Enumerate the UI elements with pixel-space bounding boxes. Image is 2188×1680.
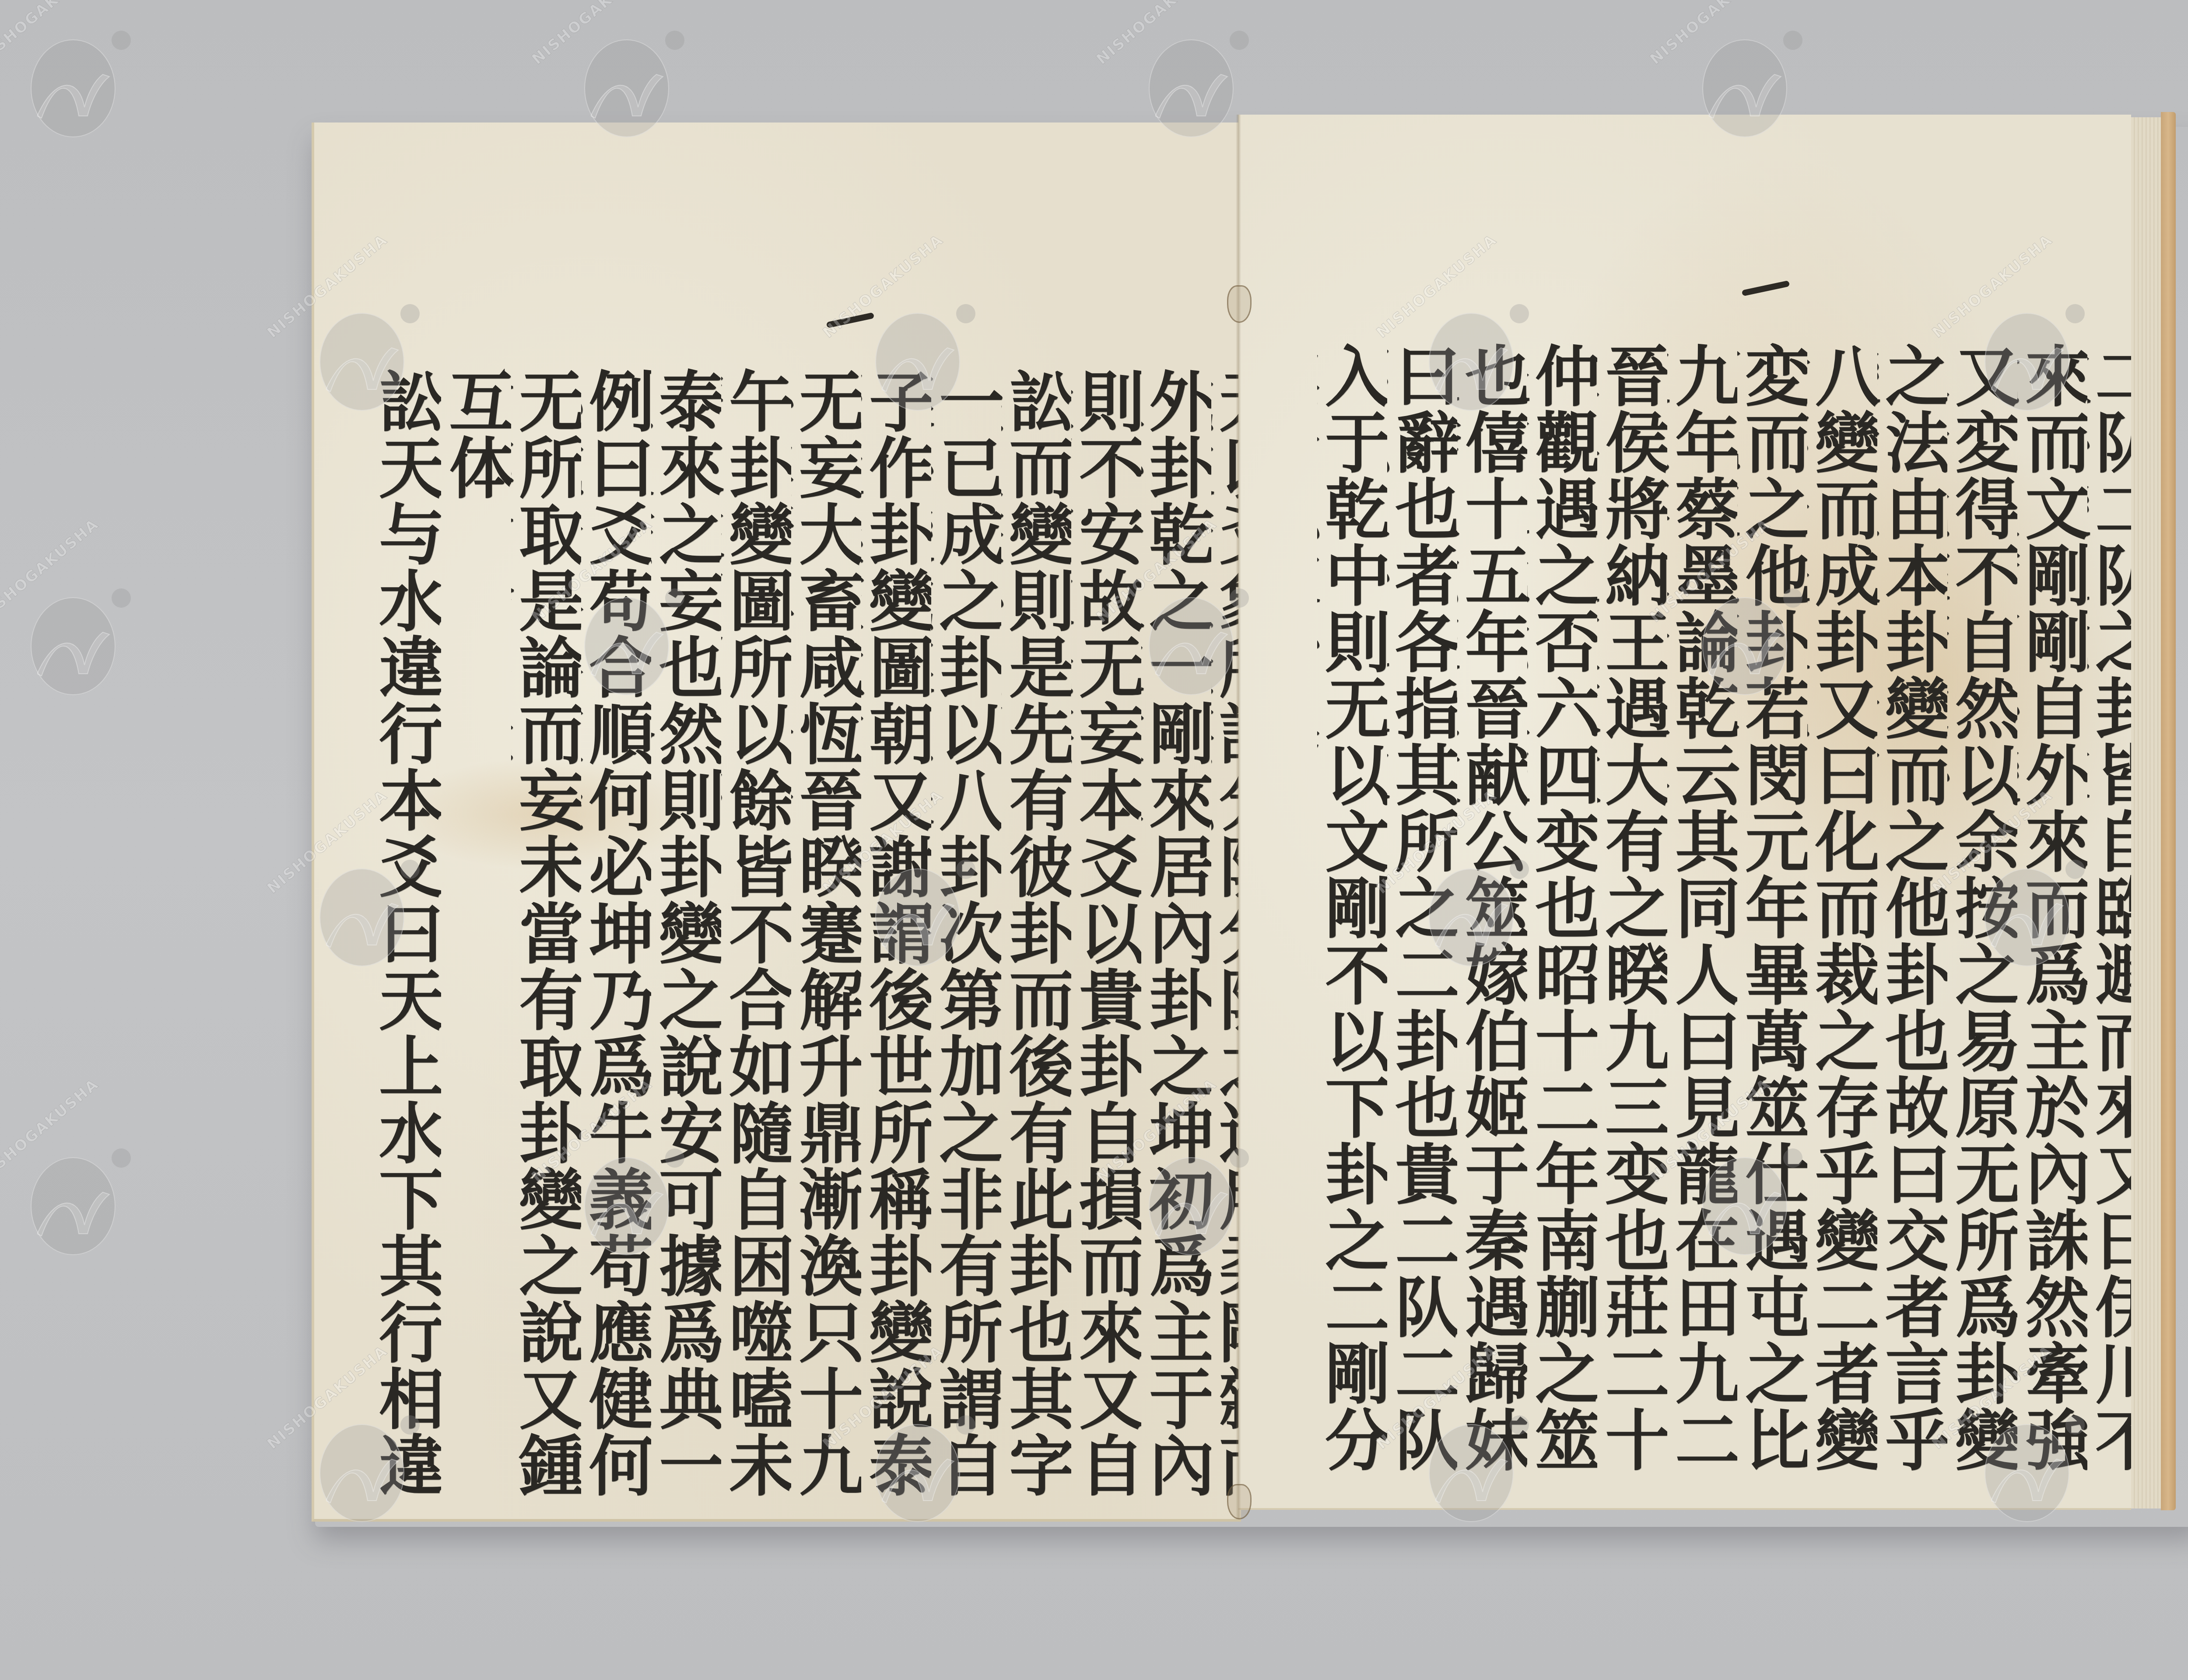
book-gutter — [1236, 115, 1241, 1519]
watermark-logo: NISHOGAKUSHA — [7, 1124, 138, 1256]
text-column: 変而之他卦若閔元年畢萬筮仕遇屯之比初九变也昭二十 — [1737, 342, 1807, 1523]
text-column: 來而文剛剛自外來而爲主於內誅然牽強說了王輔嗣卦變 — [2017, 342, 2087, 1523]
watermark-text: NISHOGAKUSHA — [0, 1075, 102, 1186]
text-column: 无妄大畜咸恆晉睽蹇解升鼎漸渙只十九卦其所稱自訟晉 — [791, 367, 861, 1549]
text-column: 也僖十五年晉献公筮嫁伯姬于秦遇歸妹之睽上六变也故 — [1457, 342, 1527, 1523]
watermark-n-logo-icon — [37, 1190, 112, 1238]
binding-thread-bottom — [1227, 1484, 1252, 1519]
text-column: 仲觀遇之否六四变也昭十二年南蒯之筮遇坤之比六五变 — [1527, 342, 1597, 1523]
open-book: 无以爻象所謂分队分队之逆用柔剛雜而成交安也无妄以 外卦乾之一剛來居內卦之坤初爲主… — [312, 115, 2188, 1519]
watermark-n-logo-icon — [1709, 72, 1783, 120]
text-column: 例曰爻苟合順何必坤乃爲牛義苟應健何必乾乃爲馬室戔 — [581, 367, 651, 1549]
binding-thread-top — [1227, 285, 1252, 323]
watermark-circle-icon — [31, 1157, 116, 1255]
text-column: 外卦乾之一剛來居內卦之坤初爲主于內三卦一队來微二 — [1141, 367, 1211, 1549]
section-heading: 互体 — [441, 367, 511, 761]
text-column: 則不安故无妄本爻以貴卦自損而來又自陸淵而來无妄自 — [1071, 367, 1141, 1549]
watermark-dot-icon — [665, 31, 684, 50]
text-column: 一已成之卦以八卦次第加之非有所謂自某卦變成某也朱 — [931, 367, 1001, 1549]
ink-mark — [826, 312, 875, 329]
left-page: 无以爻象所謂分队分队之逆用柔剛雜而成交安也无妄以 外卦乾之一剛來居內卦之坤初爲主… — [312, 122, 1241, 1522]
left-page-text: 无以爻象所謂分队分队之逆用柔剛雜而成交安也无妄以 外卦乾之一剛來居內卦之坤初爲主… — [371, 367, 1281, 1549]
watermark-dot-icon — [112, 1148, 131, 1168]
watermark-dot-icon — [112, 588, 131, 608]
watermark-text: NISHOGAKUSHA — [0, 515, 102, 626]
watermark-text: NISHOGAKUSHA — [1093, 0, 1220, 68]
right-page-text: 二队二队之卦皆自臨遯而來又曰伊川不取卦變之說自家 來而文剛剛自外來而爲主於內誅然… — [1317, 342, 2157, 1523]
watermark-text: NISHOGAKUSHA — [0, 0, 102, 68]
cover-edge — [2161, 112, 2176, 1510]
watermark-n-logo-icon — [1155, 72, 1230, 120]
ink-mark — [1742, 280, 1790, 297]
text-column: 八變而成卦又曰化而裁之存乎變二者變動不居是人觀 — [1807, 342, 1877, 1523]
page-edges — [2131, 117, 2162, 1508]
watermark-dot-icon — [112, 31, 131, 50]
watermark-dot-icon — [1783, 31, 1802, 50]
watermark-circle-icon — [31, 597, 116, 695]
text-column: 曰辭也者各指其所之二卦也貴二队二队不以上卦之象來 — [1387, 342, 1457, 1523]
watermark-n-logo-icon — [37, 630, 112, 678]
watermark-logo: NISHOGAKUSHA — [7, 7, 138, 138]
book-photo-viewer: 无以爻象所謂分队分队之逆用柔剛雜而成交安也无妄以 外卦乾之一剛來居內卦之坤初爲主… — [0, 0, 2188, 1680]
text-column: 晉侯將納王遇大有之睽九三变也莊二十二年周史筮陳敬 — [1597, 342, 1667, 1523]
watermark-circle-icon — [31, 39, 116, 137]
watermark-n-logo-icon — [37, 72, 112, 120]
text-column: 之法由本卦變而之他卦也故曰交者言乎變者也又曰十有 — [1877, 342, 1947, 1523]
text-column: 訟天与水違行本爻曰天上水下其行相違 — [371, 367, 441, 1549]
watermark-text: NISHOGAKUSHA — [529, 0, 656, 68]
watermark-dot-icon — [1230, 31, 1249, 50]
text-column: 子作卦變圖朝又謝謂後世所稱卦變說泰否隨蠱噬嗑賁 — [861, 367, 931, 1549]
right-page: 二队二队之卦皆自臨遯而來又曰伊川不取卦變之說自家 來而文剛剛自外來而爲主於內誅然… — [1238, 115, 2131, 1510]
text-column: 无所取是論而妄未當有取卦變之說又鍾會傳會論易无 — [511, 367, 581, 1549]
watermark-n-logo-icon — [591, 72, 665, 120]
watermark-logo: NISHOGAKUSHA — [7, 564, 138, 696]
text-column: 午卦變圖所以餘皆不合如隨自困噬嗑未濟來據圖則自否 — [721, 367, 791, 1549]
text-column: 入于乾中則无以文剛不以下卦之二剛分其一以文卦上則 — [1317, 342, 1387, 1523]
text-column: 訟而變則是先有彼卦而後有此卦也其字戔皇畫卦只因 — [1001, 367, 1071, 1549]
text-column: 泰來之妄也然則卦變之說安可據爲典一也又按周易略 — [651, 367, 721, 1549]
watermark-text: NISHOGAKUSHA — [1647, 0, 1774, 68]
text-column: 九年蔡墨論乾云其同人曰見龍在田九二变也僖二十五年 — [1667, 342, 1737, 1523]
text-column: 又変得不自然以余按之易原无所爲卦變二者此揲蓍求卦 — [1947, 342, 2017, 1523]
